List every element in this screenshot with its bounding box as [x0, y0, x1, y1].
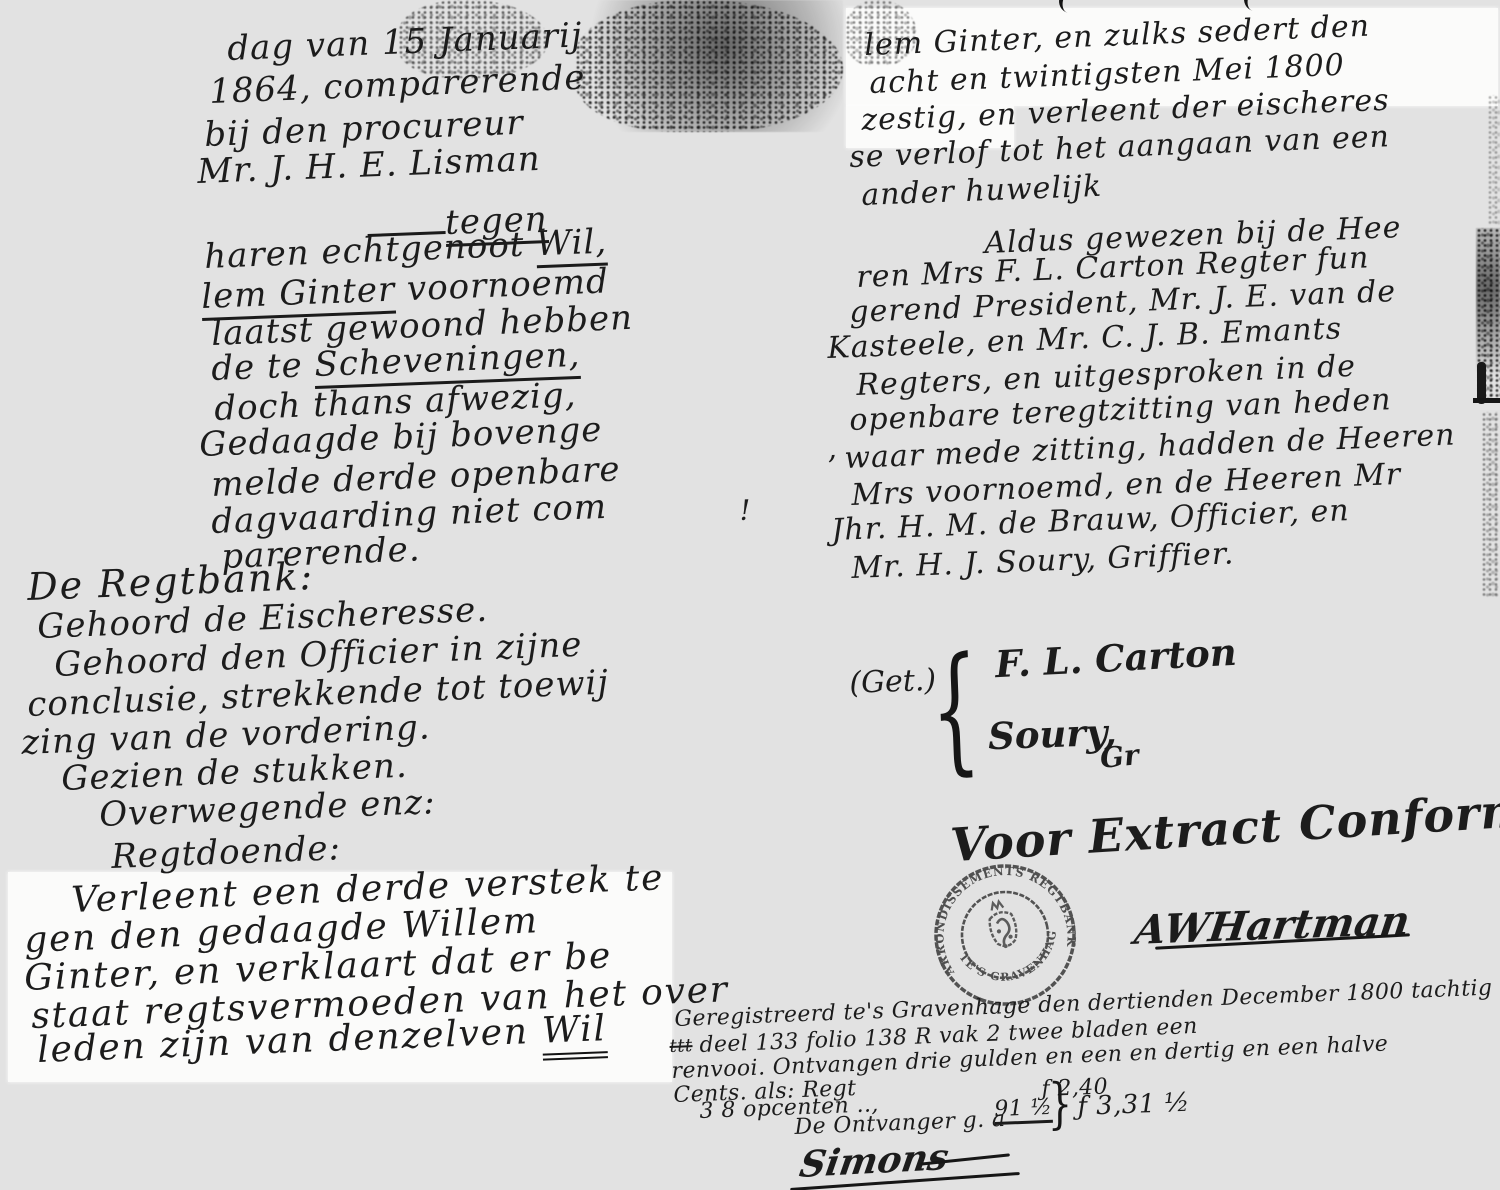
registration-brace: }: [1048, 1072, 1072, 1135]
signature-brace: {: [928, 626, 982, 793]
judge-signature: F. L. Carton: [994, 630, 1238, 687]
scan-artifact: [1481, 412, 1500, 597]
svg-text:ARRONDISSEMENTS REGTBANK: ARRONDISSEMENTS REGTBANK: [917, 848, 1083, 982]
line-text: de te: [211, 345, 316, 389]
handwritten-line: Overwegende enz:: [99, 785, 437, 834]
handwritten-line: Regtdoende:: [111, 831, 342, 875]
pen-mark-exclamation: !: [739, 496, 751, 526]
stamp-crest-lion: [985, 899, 1021, 950]
handwritten-line: Mr. H. J. Soury, Griffier.: [851, 538, 1235, 584]
clerk-signature-suffix: Gr: [1098, 738, 1140, 775]
stamp-top-text: ARRONDISSEMENTS REGTBANK: [917, 848, 1083, 982]
clerk-signature: Soury,: [987, 710, 1117, 758]
pen-mark-apostrophe: ’: [827, 452, 838, 484]
scan-artifact: [575, 0, 843, 132]
scan-artifact: [1487, 95, 1500, 225]
handwritten-line: 1864, comparerende: [209, 61, 587, 111]
scan-artifact-shade: [575, 0, 843, 132]
line-text-double-underlined: Wil: [541, 1008, 608, 1060]
handwritten-line: Mr. J. H. E. Lisman: [197, 142, 542, 191]
signed-abbreviation: (Get.): [849, 665, 937, 700]
crossed-out-mark: ttt: [669, 1037, 693, 1057]
handwritten-line: ander huwelijk: [861, 171, 1103, 212]
document-scan: dag van 15 Januarij 1864, comparerende b…: [0, 0, 1500, 1190]
registration-total: ƒ 3,31 ½: [1077, 1090, 1190, 1122]
scan-artifact-line: [1473, 398, 1500, 403]
